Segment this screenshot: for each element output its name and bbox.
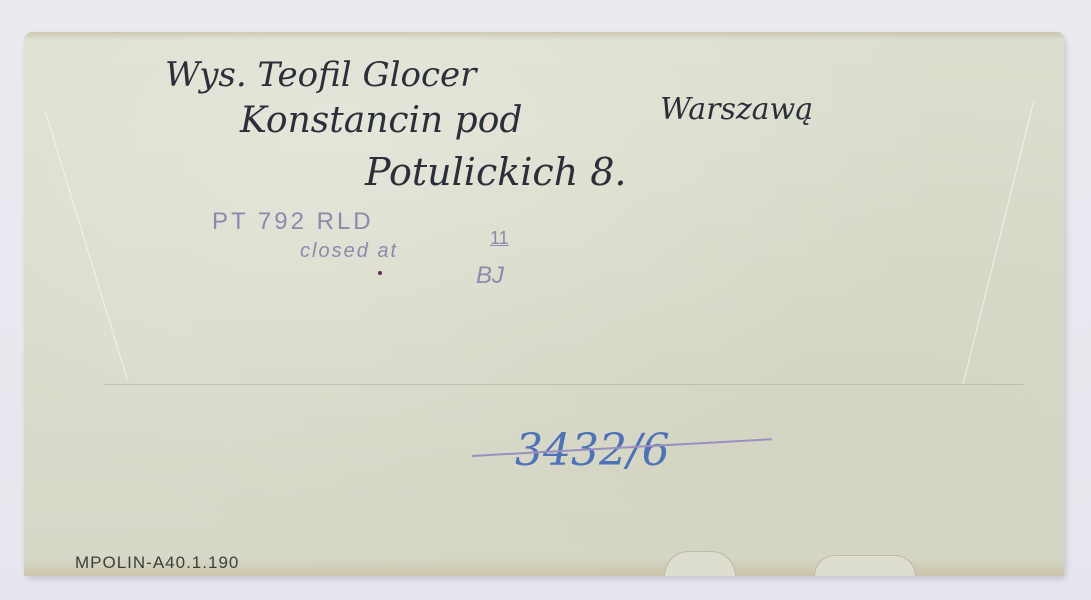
address-line-recipient: Wys. Teofil Glocer [165,55,476,95]
left-flap-crease [45,112,128,380]
pencil-note-time: 11 [490,228,509,249]
ink-spot [378,271,382,275]
address-line-street: Potulickich 8. [365,150,627,194]
pencil-note-initials: BJ [476,262,504,290]
envelope-back [24,32,1064,576]
catalog-number: MPOLIN-A40.1.190 [75,553,239,573]
pencil-note-closed: closed at [300,240,398,263]
address-line-city: Warszawą [660,92,813,127]
top-edge-stain [24,32,1064,40]
address-line-town: Konstancin pod [240,100,522,141]
flap-fold-line [104,384,1024,385]
torn-edge [664,551,736,576]
torn-edge [814,555,916,576]
pencil-note-code: PT 792 RLD [212,208,374,236]
right-flap-crease [963,102,1034,384]
